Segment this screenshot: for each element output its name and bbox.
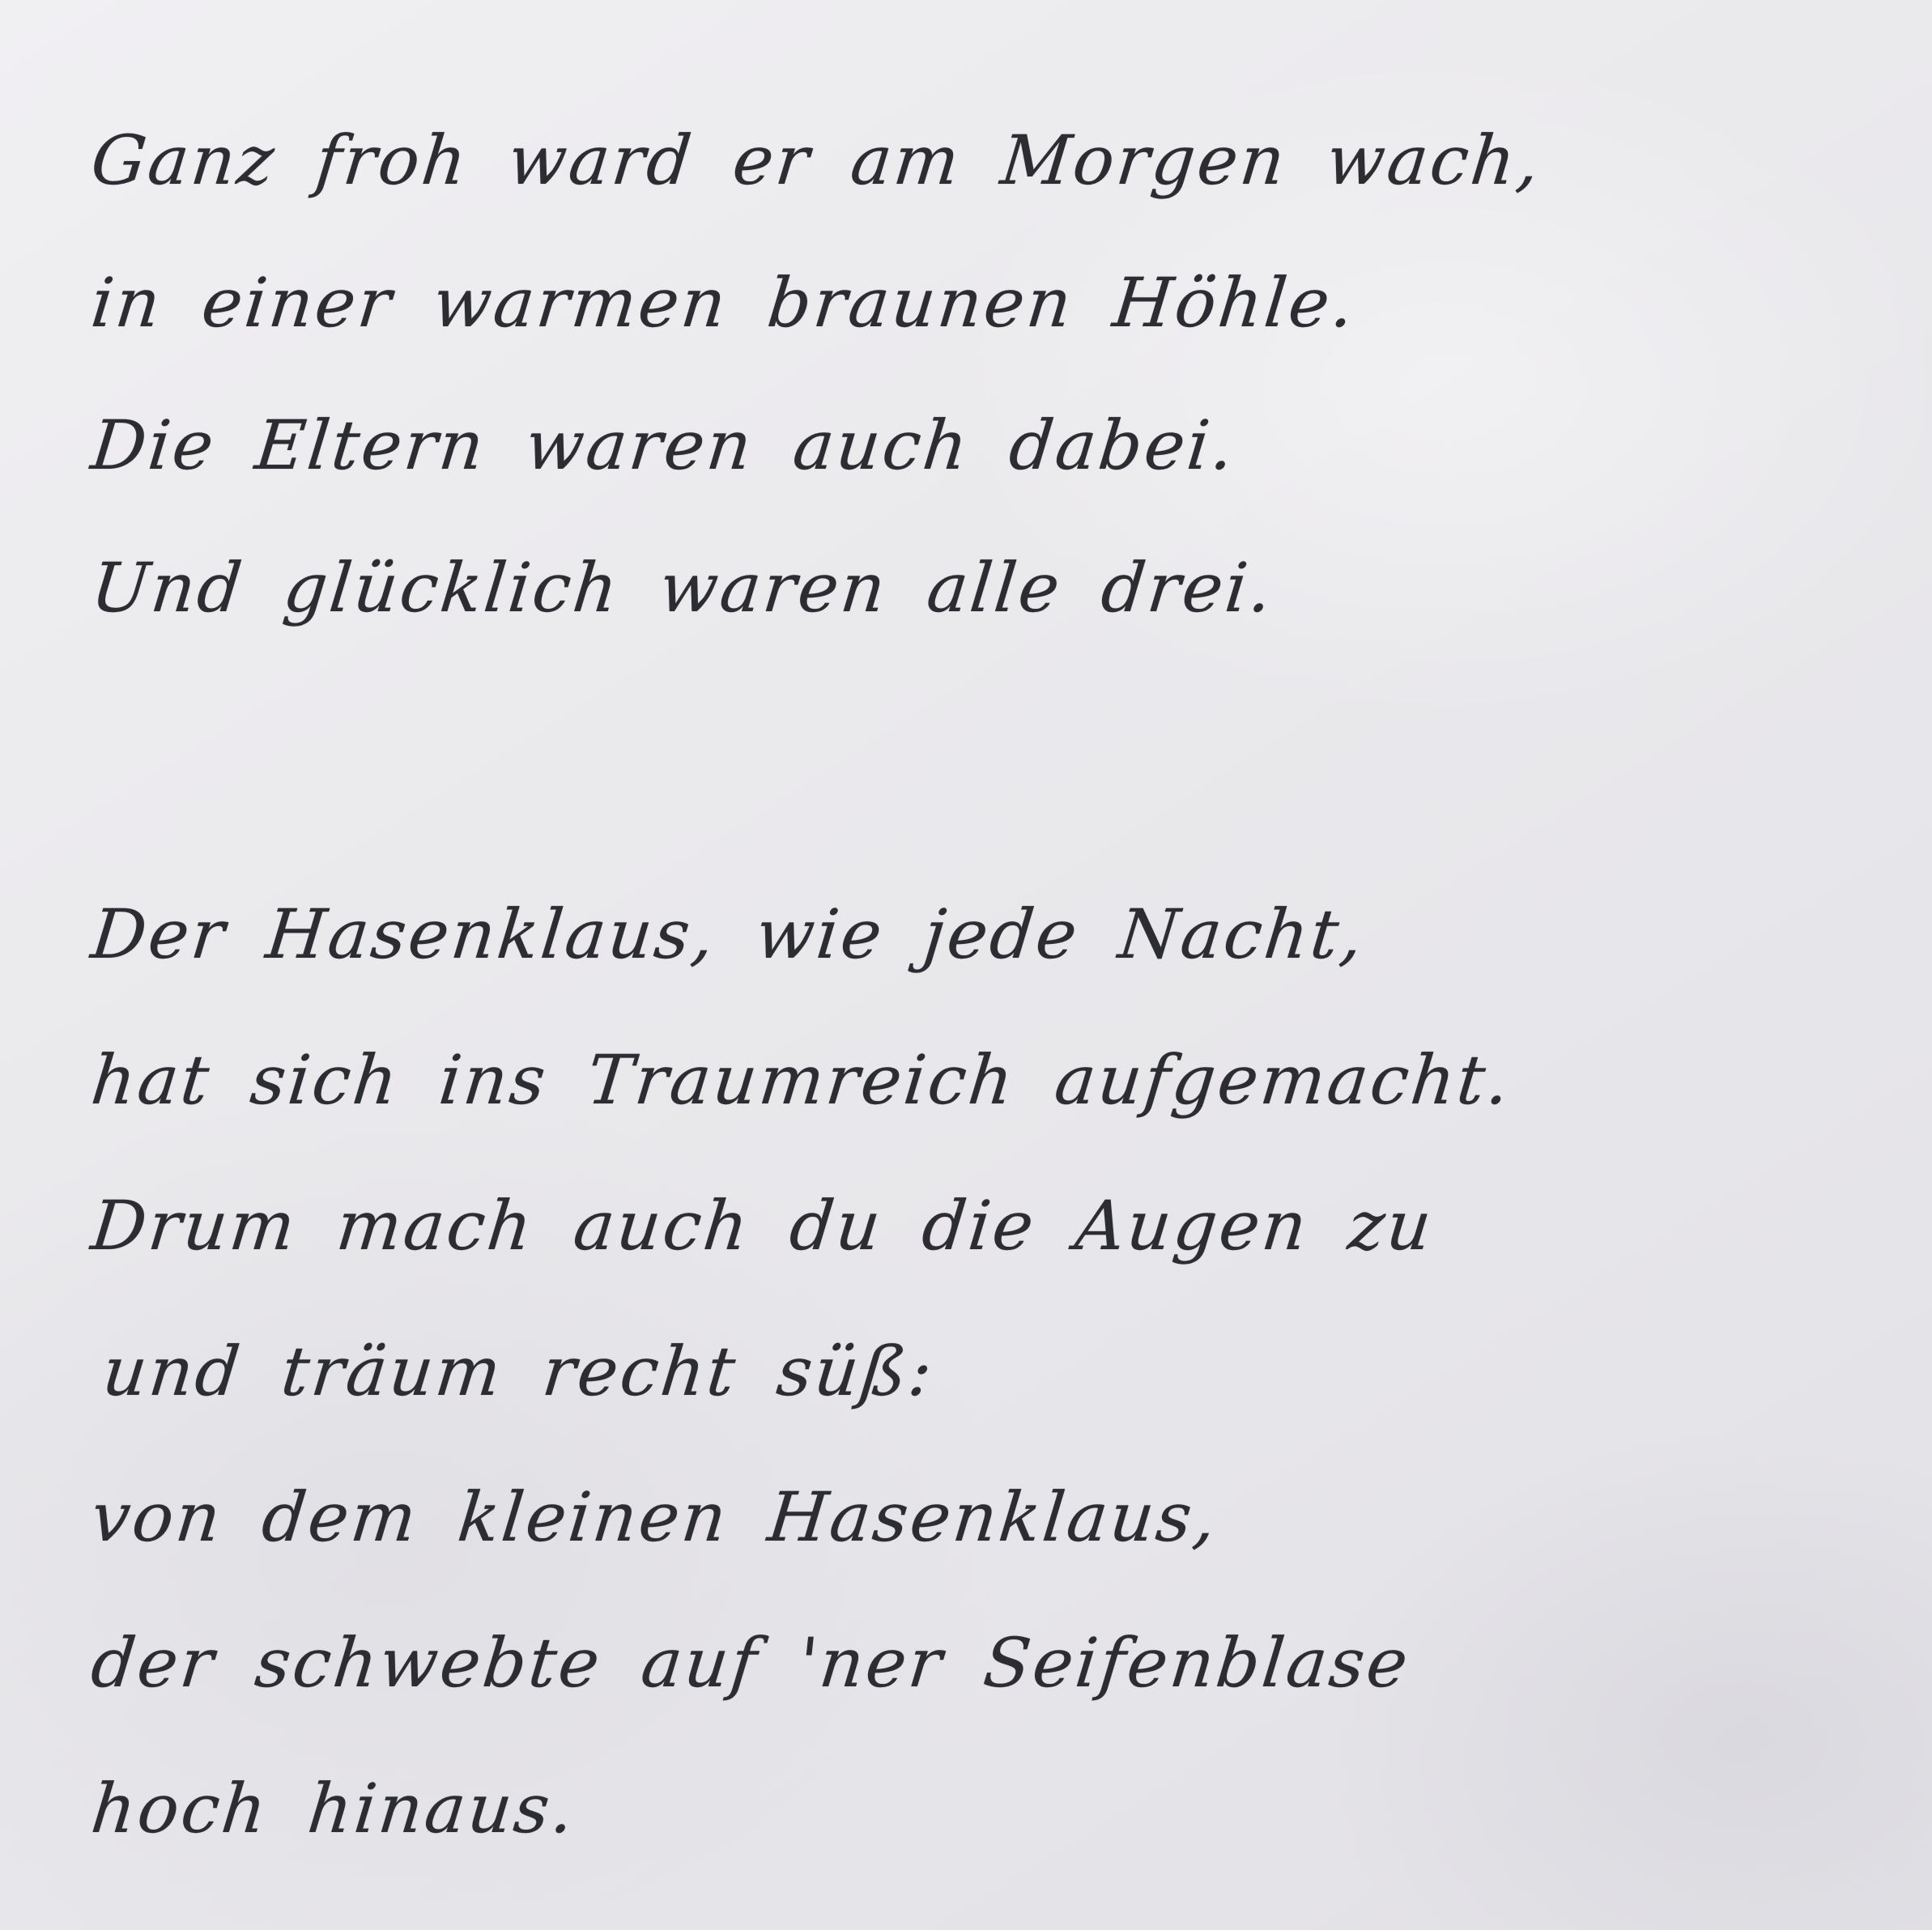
poem-stanza-1: Ganz froh ward er am Morgen wach, in ein… <box>84 89 1859 659</box>
poem-line: Der Hasenklaus, wie jede Nacht, <box>84 861 1875 1007</box>
poem-line: der schwebte auf 'ner Seifenblase <box>84 1590 1875 1736</box>
poem-line: in einer warmen braunen Höhle. <box>84 232 1874 374</box>
poem-line: Die Eltern waren auch dabei. <box>84 374 1874 517</box>
paper-sheet: Ganz froh ward er am Morgen wach, in ein… <box>0 0 1932 1930</box>
poem-line: Und glücklich waren alle drei. <box>84 517 1874 659</box>
poem-line: von dem kleinen Hasenklaus, <box>84 1444 1875 1590</box>
poem-stanza-2: Der Hasenklaus, wie jede Nacht, hat sich… <box>84 861 1859 1881</box>
photographed-page: { "document": { "kind": "handwritten-poe… <box>0 0 1932 1930</box>
poem-line: und träum recht süß: <box>84 1299 1875 1444</box>
poem-line: Drum mach auch du die Augen zu <box>84 1153 1875 1299</box>
poem-line: hat sich ins Traumreich aufgemacht. <box>84 1007 1875 1153</box>
poem-line: hoch hinaus. <box>84 1736 1875 1881</box>
poem-line: Ganz froh ward er am Morgen wach, <box>84 89 1874 232</box>
